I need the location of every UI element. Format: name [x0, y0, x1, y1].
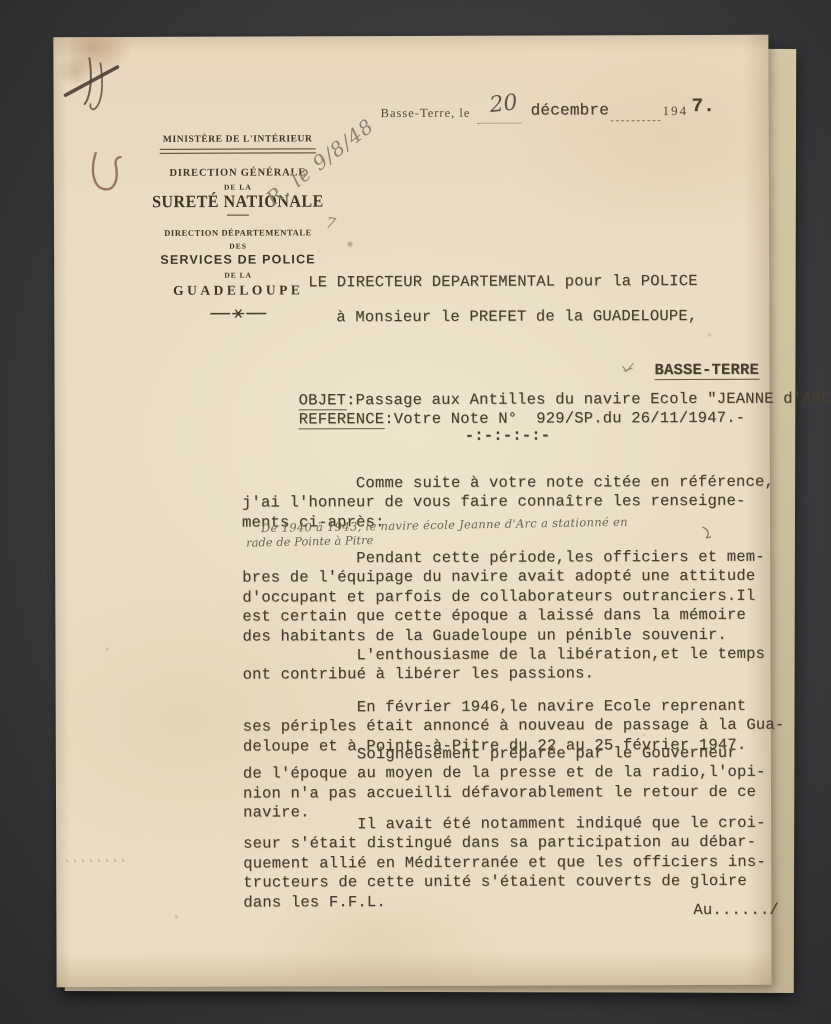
- recipient-line-1: LE DIRECTEUR DEPARTEMENTAL pour la POLIC…: [308, 272, 698, 293]
- letterhead-ministry: MINISTÈRE DE L'INTÉRIEUR: [150, 134, 326, 145]
- dateline-dash-rule: [611, 119, 661, 121]
- body-paragraph-2: Pendant cette période,les officiers et m…: [242, 548, 765, 647]
- body-paragraph-5: Soigneusement préparée par le Gouverneur…: [243, 744, 766, 823]
- letterhead-surete-nationale: SURETÉ NATIONALE: [150, 192, 326, 212]
- letterhead-des: DES: [150, 241, 326, 251]
- dateline-month: décembre: [531, 101, 609, 121]
- scan-background: MINISTÈRE DE L'INTÉRIEUR DIRECTION GÉNÉR…: [0, 0, 831, 1024]
- section-separator: -:-:-:-:-: [465, 427, 551, 447]
- letterhead-double-rule: [160, 148, 316, 153]
- letterhead-de-la-2: DE LA: [150, 270, 326, 280]
- body-paragraph-3: L'enthousiasme de la libération,et le te…: [242, 645, 765, 686]
- dateline-year-printed: 194: [663, 103, 689, 119]
- dateline-day-handwritten: 20: [488, 90, 519, 118]
- dateline-year-typed: 7.: [692, 97, 715, 116]
- reception-mark-secondary: 7: [325, 214, 337, 233]
- body-paragraph-6: Il avait été notamment indiqué que le cr…: [243, 814, 766, 913]
- dateline-place: Basse-Terre, le: [381, 106, 471, 121]
- letterhead-ornament-icon: [208, 306, 268, 320]
- recipient-line-2: à Monsieur le PREFET de la GUADELOUPE,: [336, 307, 697, 328]
- dateline-dotted-rule-1: [478, 122, 522, 124]
- pencil-cross-mark: [59, 51, 129, 111]
- reference-text: :Votre Note N° 929/SP.du 26/11/1947.-: [384, 409, 745, 428]
- letterhead-direction-departementale: DIRECTION DÉPARTEMENTALE: [150, 227, 326, 238]
- letterhead-short-rule: [227, 214, 249, 215]
- letterhead-services-de-police: SERVICES DE POLICE: [150, 252, 326, 267]
- document-page: MINISTÈRE DE L'INTÉRIEUR DIRECTION GÉNÉR…: [53, 35, 771, 987]
- reference-label: REFERENCE: [299, 411, 385, 430]
- continuation-mark: Au....../: [693, 901, 779, 921]
- pencil-horseshoe-mark: [88, 149, 128, 197]
- faint-dotted-artifact: [66, 859, 124, 862]
- letterhead-guadeloupe: GUADELOUPE: [150, 282, 326, 299]
- insertion-caret-mark: [699, 525, 713, 541]
- handwritten-insertion-line-2: rade de Pointe à Pitre: [246, 533, 373, 550]
